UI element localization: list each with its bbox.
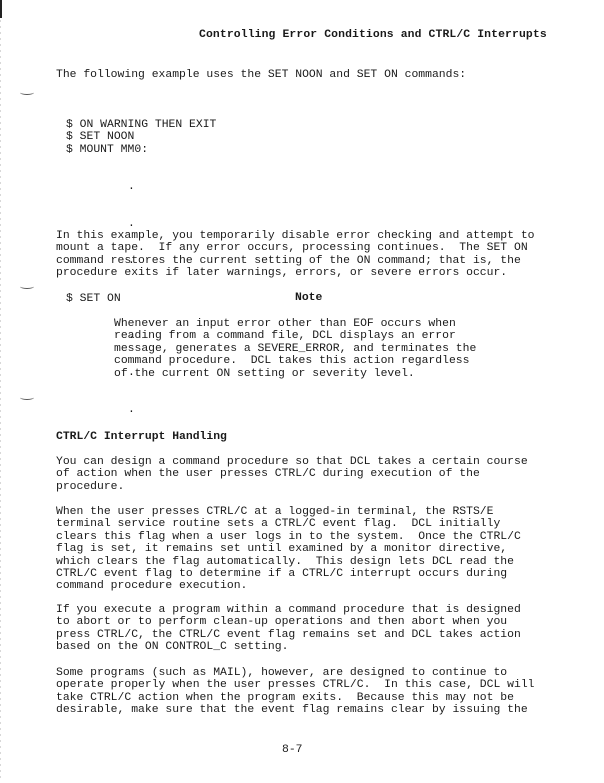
margin-mark [20,395,34,400]
section-heading: CTRL/C Interrupt Handling [56,431,227,443]
running-head: Controlling Error Conditions and CTRL/C … [199,29,547,41]
intro-paragraph: The following example uses the SET NOON … [56,69,466,81]
ellipsis-dot: . [66,404,216,416]
ellipsis-dot: . [66,181,216,193]
page-edge-mark [0,0,2,18]
body-paragraph: Some programs (such as MAIL), however, a… [56,667,535,717]
note-title: Note [295,292,322,304]
body-paragraph: When the user presses CTRL/C at a logged… [56,506,521,593]
body-paragraph: You can design a command procedure so th… [56,456,528,493]
margin-mark [20,284,34,289]
scan-margin [0,20,1,780]
code-lines: $ ON WARNING THEN EXIT $ SET NOON $ MOUN… [66,119,216,156]
explanation-paragraph: In this example, you temporarily disable… [56,230,535,280]
page-number: 8-7 [282,744,303,756]
body-paragraph: If you execute a program within a comman… [56,604,521,654]
code-line-set-on: $ SET ON [66,293,216,305]
ellipsis-dot: . [66,218,216,230]
margin-mark [20,90,34,95]
note-body: Whenever an input error other than EOF o… [114,318,476,380]
